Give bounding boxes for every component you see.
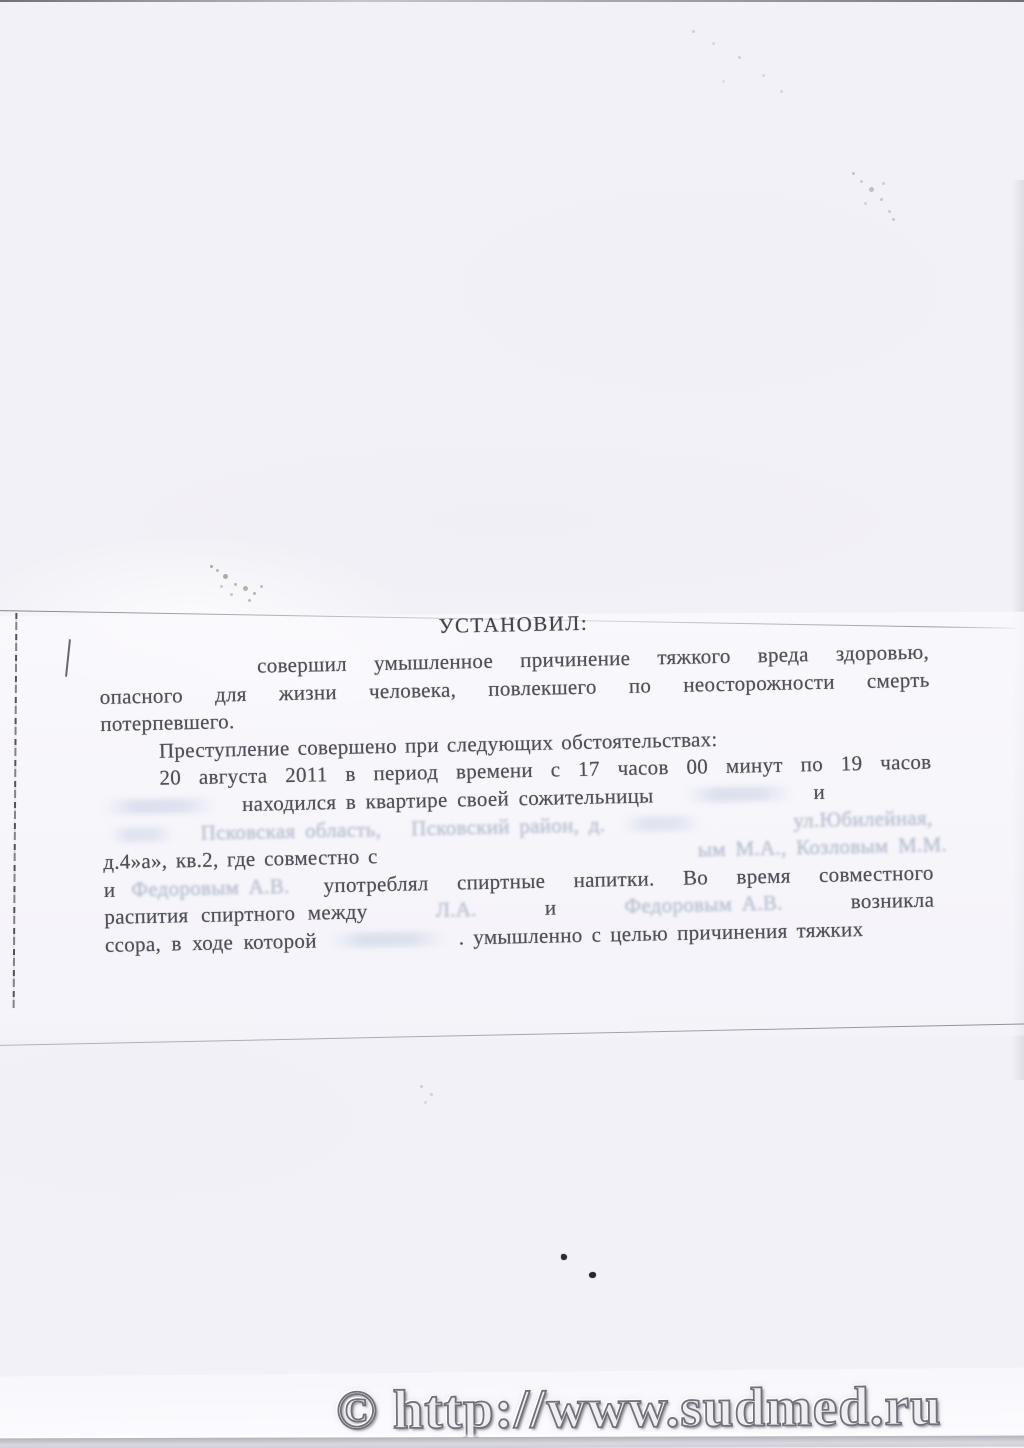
scanned-document-page: УСТАНОВИЛ: совершил умышленное причинени… (0, 0, 1024, 1448)
redacted-text-smudge (109, 826, 175, 842)
line-10-conjunction: и (545, 895, 557, 923)
faded-district-text: Псковский район, д. (411, 811, 606, 843)
redacted-text-smudge (683, 786, 793, 803)
line-9-conjunction: и (104, 876, 116, 904)
ink-dot (561, 1254, 567, 1260)
document-text-block: УСТАНОВИЛ: совершил умышленное причинени… (98, 595, 935, 960)
faded-region-text: Псковская область, (200, 816, 381, 847)
paper-torn-bottom-edge (0, 1436, 1024, 1448)
line-6-conjunction: и (813, 779, 825, 807)
redacted-text-smudge (102, 798, 217, 815)
ink-speck-cluster-right (852, 172, 855, 175)
line-10-end-text: возникла (850, 887, 934, 916)
page-top-edge (0, 0, 1024, 2)
watermark-text: © http://www.sudmed.ru (336, 1376, 1024, 1443)
faded-names-text: ым М.А., Козловым М.М. (698, 831, 948, 864)
ink-speck-cluster-lower (420, 1085, 423, 1088)
line-10-text: распития спиртного между (104, 899, 368, 932)
line-11-text: ссора, в ходе которой (105, 927, 317, 959)
faded-name-text: Федоровым А.В. (131, 873, 290, 904)
faded-name-text: Федоровым А.В. (624, 890, 783, 921)
redacted-text-smudge (329, 931, 447, 948)
redacted-text-smudge (621, 815, 701, 832)
faded-initials-text: Л.А. (435, 896, 477, 924)
ink-dot (589, 1272, 596, 1278)
faded-street-text: ул.Юбилейная, (793, 804, 933, 835)
line-3-text: потерпевшего. (100, 709, 235, 736)
ink-speck-cluster-top (692, 30, 695, 33)
ink-speck-cluster-left (210, 565, 213, 568)
